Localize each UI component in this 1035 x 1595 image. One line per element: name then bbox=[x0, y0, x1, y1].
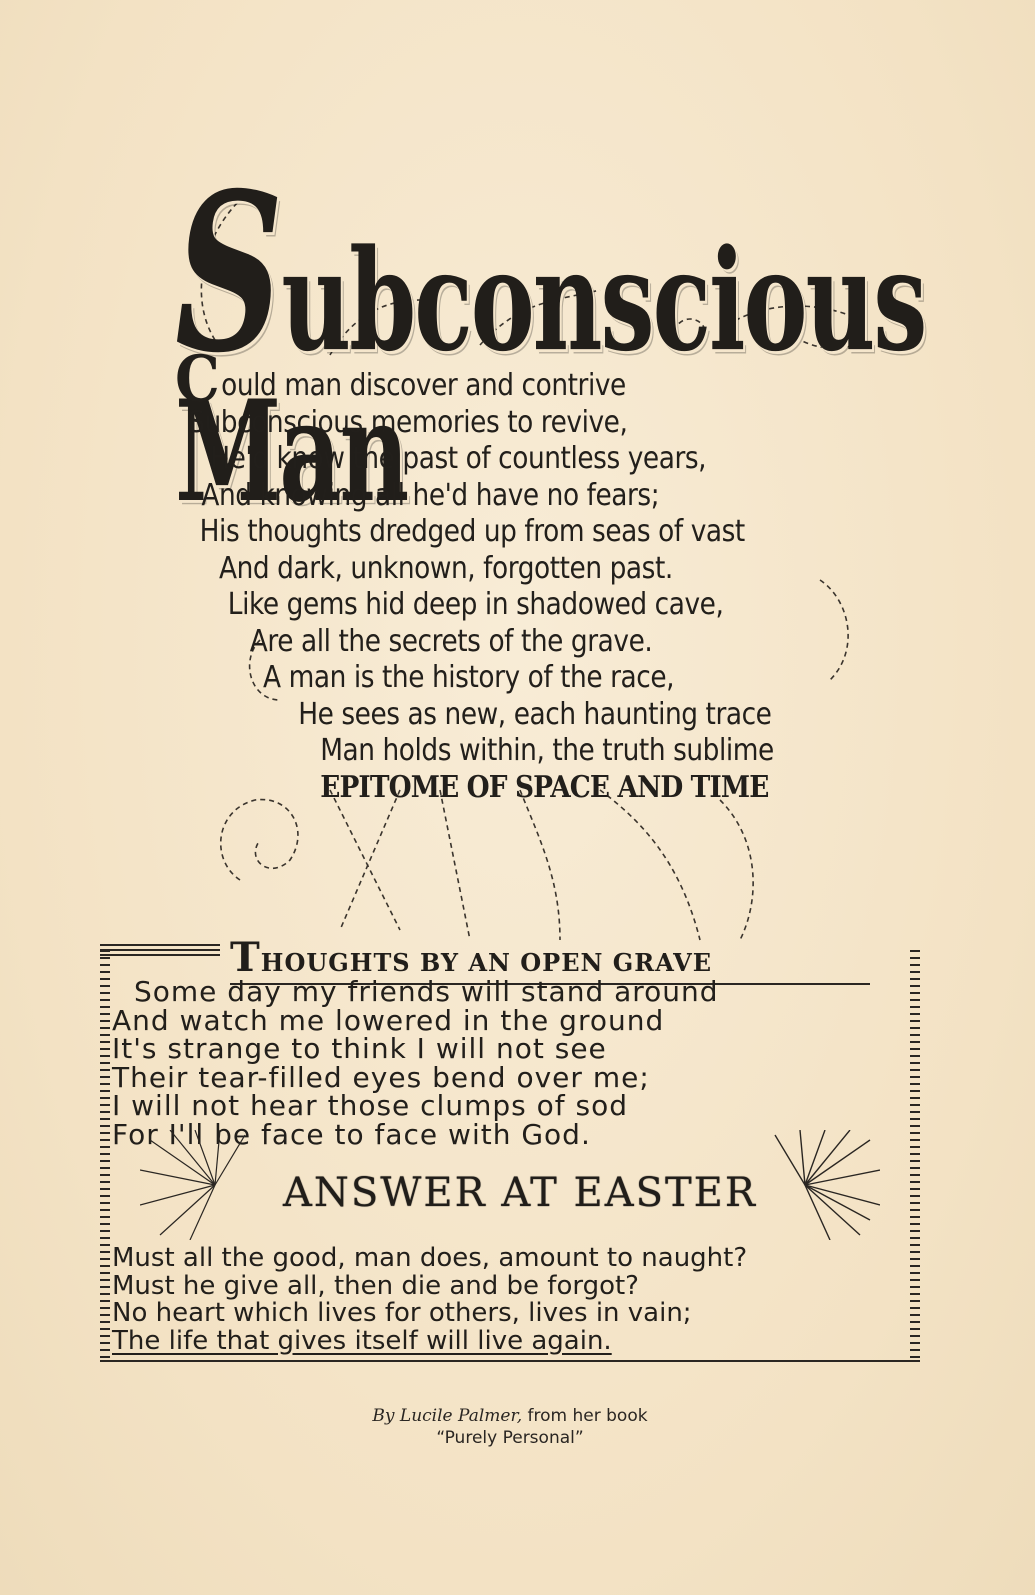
heading-cap: T bbox=[230, 934, 261, 981]
heading-answer-at-easter: ANSWER AT EASTER bbox=[210, 1170, 830, 1216]
poem-line: Their tear-filled eyes bend over me; bbox=[112, 1064, 912, 1093]
poem-line: Could man discover and contrive bbox=[175, 362, 809, 405]
poem-closing-line: EPITOME OF SPACE AND TIME bbox=[175, 770, 809, 807]
poem-line: And watch me lowered in the ground bbox=[112, 1007, 912, 1036]
poem-line: And knowing all he'd have no fears; bbox=[175, 478, 809, 515]
poem-line: A man is the history of the race, bbox=[175, 660, 809, 697]
poem-line: Are all the secrets of the grave. bbox=[175, 624, 809, 661]
poem-answer-at-easter: Must all the good, man does, amount to n… bbox=[112, 1245, 912, 1355]
poem-line: Must all the good, man does, amount to n… bbox=[112, 1245, 912, 1273]
poem-line: Like gems hid deep in shadowed cave, bbox=[175, 587, 809, 624]
poem-line: Must he give all, then die and be forgot… bbox=[112, 1273, 912, 1301]
poem-closing-line: The life that gives itself will live aga… bbox=[112, 1328, 912, 1356]
poem-line: It's strange to think I will not see bbox=[112, 1035, 912, 1064]
frame-border-left bbox=[100, 950, 110, 1358]
poem-thoughts-by-an-open-grave: Some day my friends will stand around An… bbox=[112, 978, 912, 1149]
poem-line: Man holds within, the truth sublime bbox=[175, 733, 809, 770]
book-title: “Purely Personal” bbox=[300, 1427, 720, 1449]
poem-line: I will not hear those clumps of sod bbox=[112, 1092, 912, 1121]
framed-poems-box: THOUGHTS BY AN OPEN GRAVE Some day my fr… bbox=[100, 930, 920, 1368]
poem-line: Subconscious memories to revive, bbox=[175, 405, 809, 442]
heading-rule-decoration bbox=[100, 944, 220, 958]
postcard: Subconscious Man Could man discover and … bbox=[0, 0, 1035, 1595]
author-credit: By Lucile Palmer, from her book “Purely … bbox=[300, 1405, 720, 1449]
poem-line: His thoughts dredged up from seas of vas… bbox=[175, 514, 809, 551]
poem-line: He sees as new, each haunting trace bbox=[175, 697, 809, 734]
frame-border-bottom bbox=[100, 1357, 920, 1362]
poem-line: Some day my friends will stand around bbox=[112, 978, 912, 1007]
poem-line: No heart which lives for others, lives i… bbox=[112, 1300, 912, 1328]
book-source: from her book bbox=[522, 1406, 647, 1426]
credit-line-1: By Lucile Palmer, from her book bbox=[300, 1405, 720, 1427]
poem-subconscious-man: Could man discover and contrive Subconsc… bbox=[175, 362, 895, 806]
poem-line: And dark, unknown, forgotten past. bbox=[175, 551, 809, 588]
poem-line: He'd know the past of countless years, bbox=[175, 441, 809, 478]
heading-text: HOUGHTS BY AN OPEN GRAVE bbox=[261, 948, 712, 977]
author-name: By Lucile Palmer, bbox=[372, 1406, 522, 1426]
